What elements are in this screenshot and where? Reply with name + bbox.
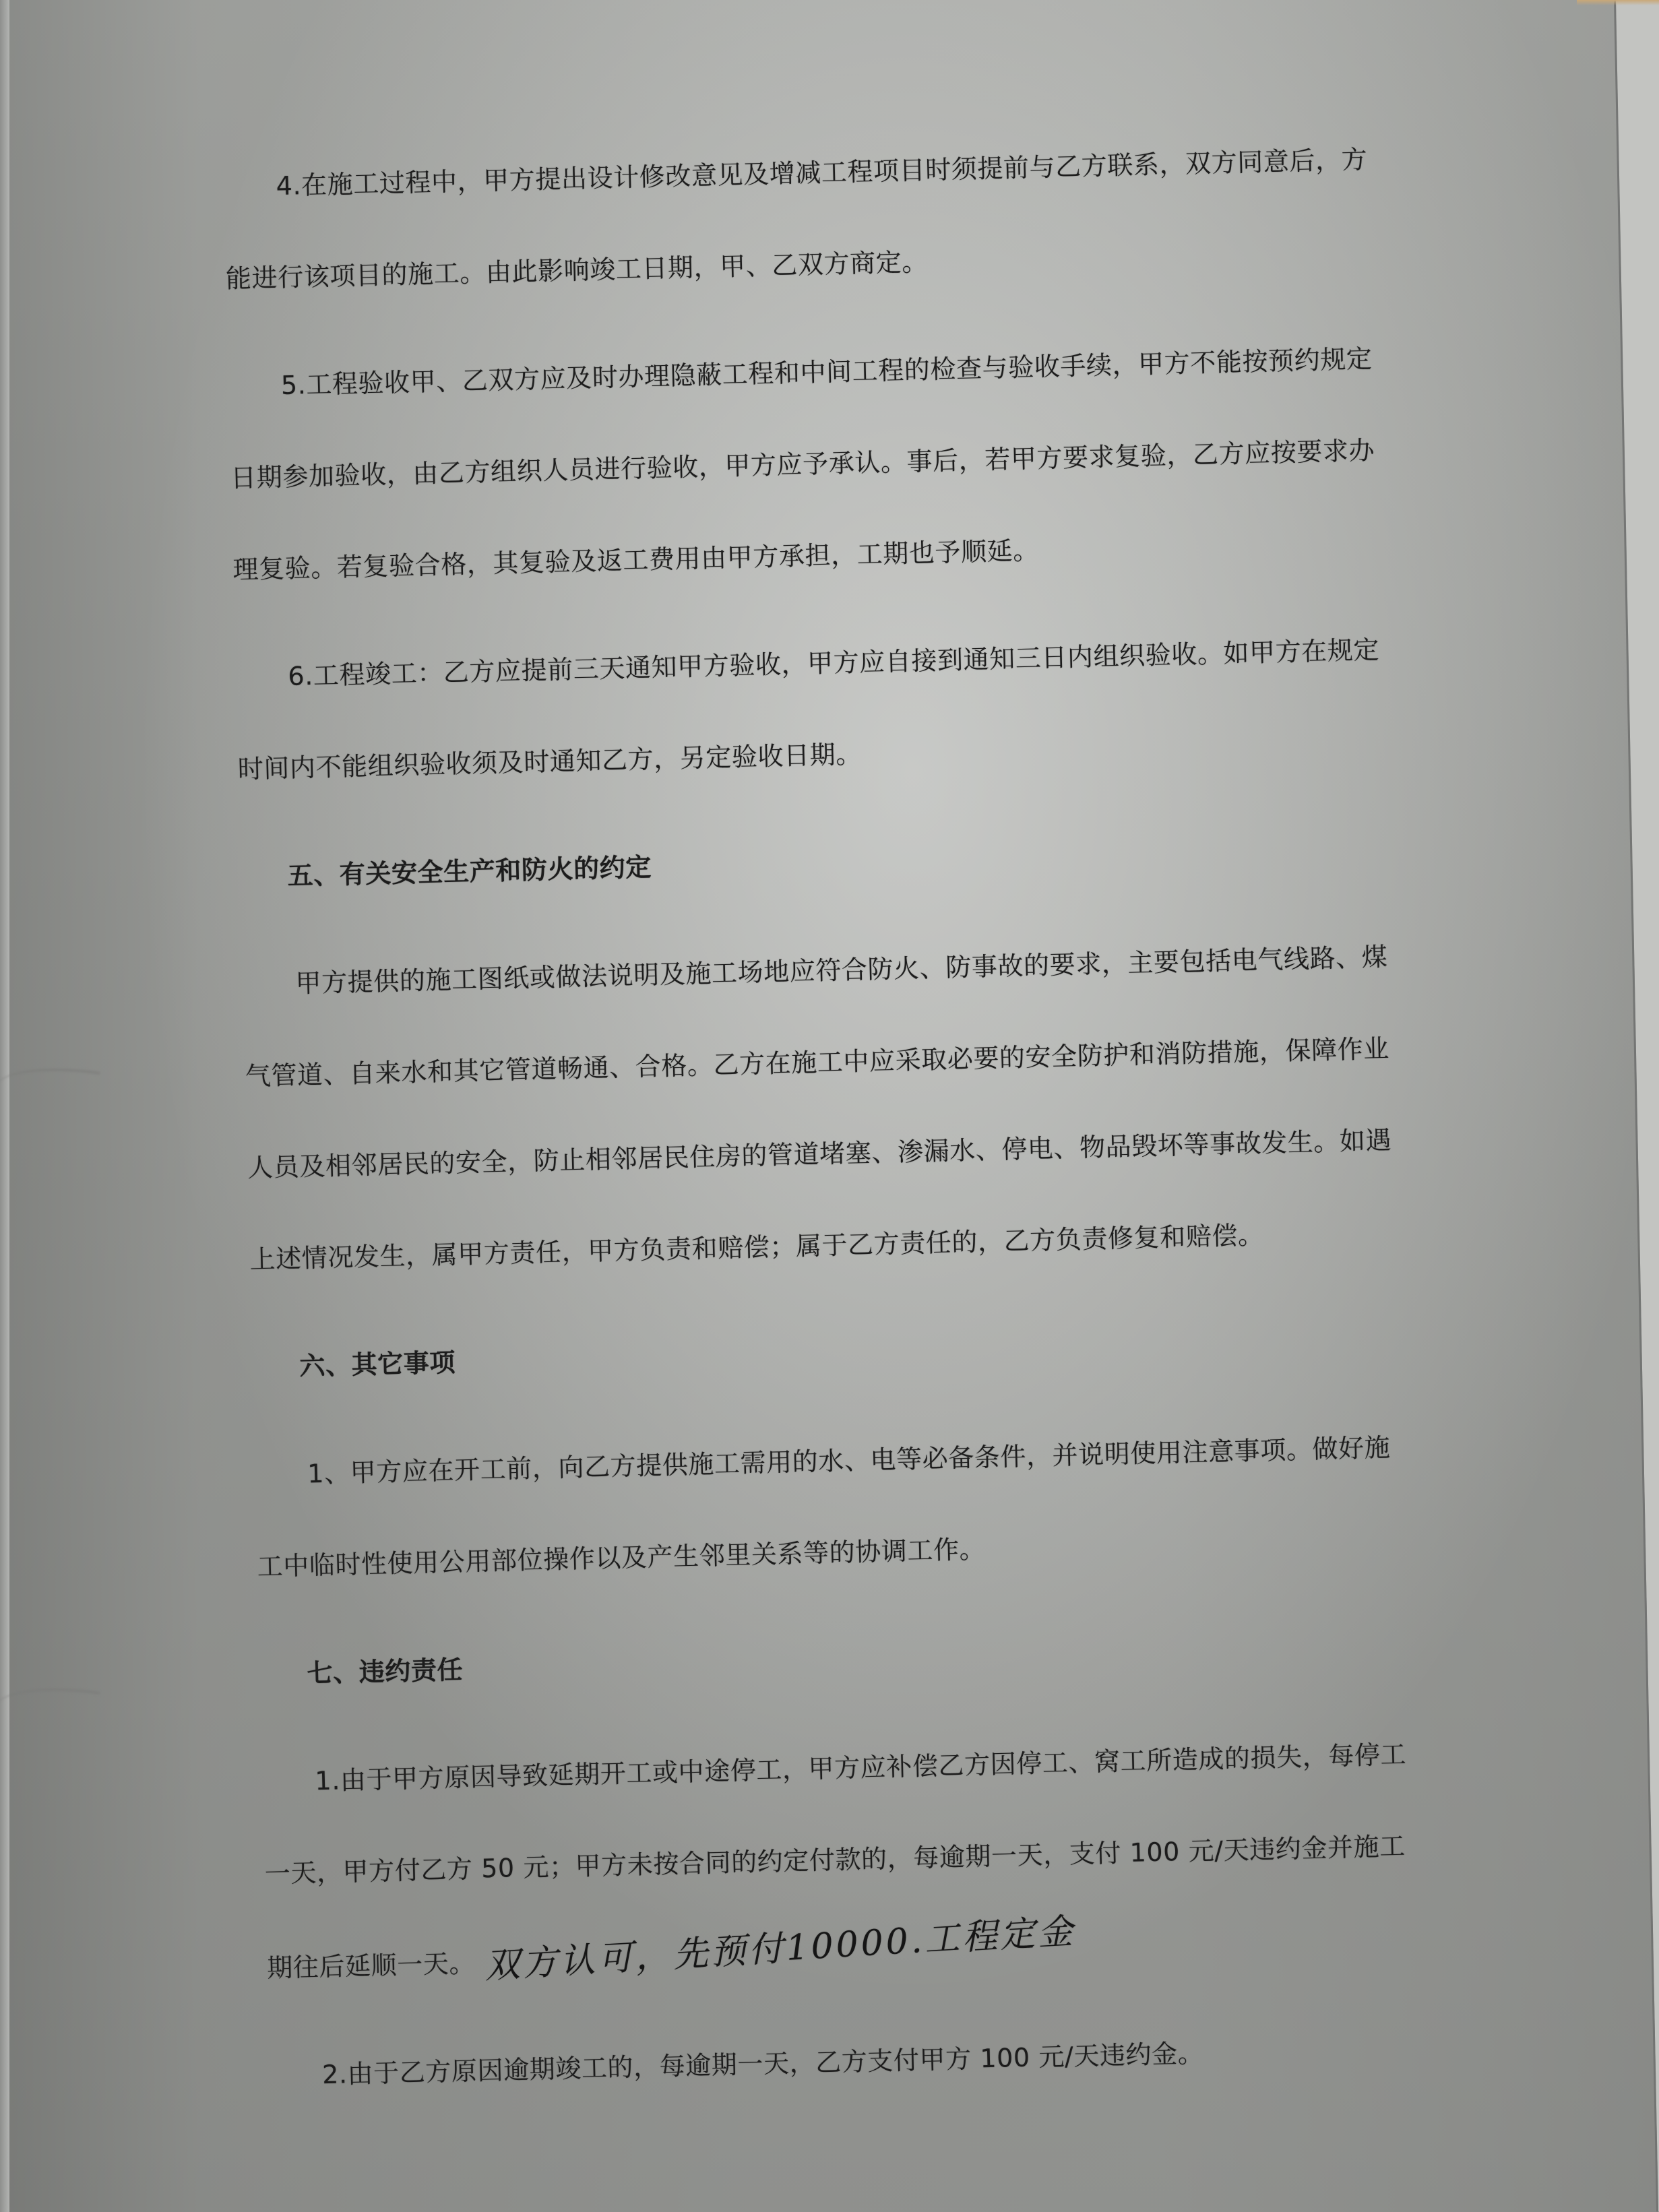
section-7-clause-1: 1.由于甲方原因导致延期开工或中途停工，甲方应补偿乙方因停工、窝工所造成的损失，… [261, 1707, 1481, 2014]
section-6-clause-1: 1、甲方应在开工前，向乙方提供施工需用的水、电等必备条件，并说明使用注意事项。做… [254, 1399, 1471, 1612]
clause-text: 期往后延顺一天。 [267, 1949, 476, 1984]
background-surface [1577, 0, 1659, 5]
contract-page: 4.在施工过程中，甲方提出设计修改意见及增减工程项目时须提前与乙方联系，双方同意… [222, 112, 1483, 2122]
clause-4-6: 6.工程竣工：乙方应提前三天通知甲方验收，甲方应自接到通知三日内组织验收。如甲方… [234, 602, 1451, 815]
section-5-body: 甲方提供的施工图纸或做法说明及施工场地应符合防火、防事故的要求，主要包括电气线路… [242, 910, 1464, 1306]
clause-4-4: 4.在施工过程中，甲方提出设计修改意见及增减工程项目时须提前与乙方联系，双方同意… [222, 112, 1439, 325]
clause-4-5: 5.工程验收甲、乙双方应及时办理隐蔽工程和中间工程的检查与验收手续，甲方不能按预… [227, 311, 1446, 616]
page-left-edge [0, 0, 9, 2212]
